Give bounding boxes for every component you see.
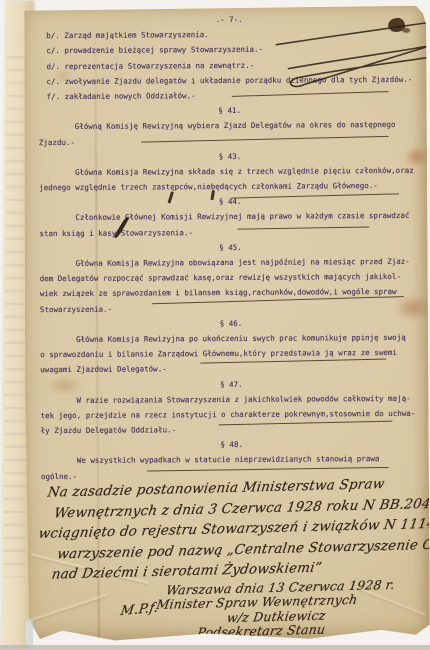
signatory-role: Podsekretarz Stanu (196, 620, 430, 640)
handwritten-note: Na zasadzie postanowienia Ministerstwa S… (35, 473, 430, 644)
pen-flourish-z (270, 10, 430, 103)
section-line: Główną Komisję Rewizyjną wybiera Zjazd D… (39, 117, 421, 135)
section-line: wiek związek ze sprawozdaniem i bilansem… (40, 284, 422, 302)
section-line: jednego względnie trzech zastępców,niebę… (39, 178, 421, 196)
paraph-initials: M.P.f. (119, 599, 160, 623)
signature-block: Warszawa dnia 13 Czerwca 1928 r. Ministe… (38, 576, 430, 644)
section-line: We wszystkich wypadkach w statucie niepr… (41, 451, 423, 469)
photo-backdrop: .- 7-. b/. Zarząd majątkiem Stowarzyszen… (0, 0, 430, 650)
document-sheet: .- 7-. b/. Zarząd majątkiem Stowarzyszen… (22, 6, 430, 642)
mounting-sliver (26, 620, 33, 646)
photo-bottom-edge (0, 645, 430, 650)
section-line: Członkowie Głównej Komisji Rewizyjnej ma… (39, 208, 421, 226)
